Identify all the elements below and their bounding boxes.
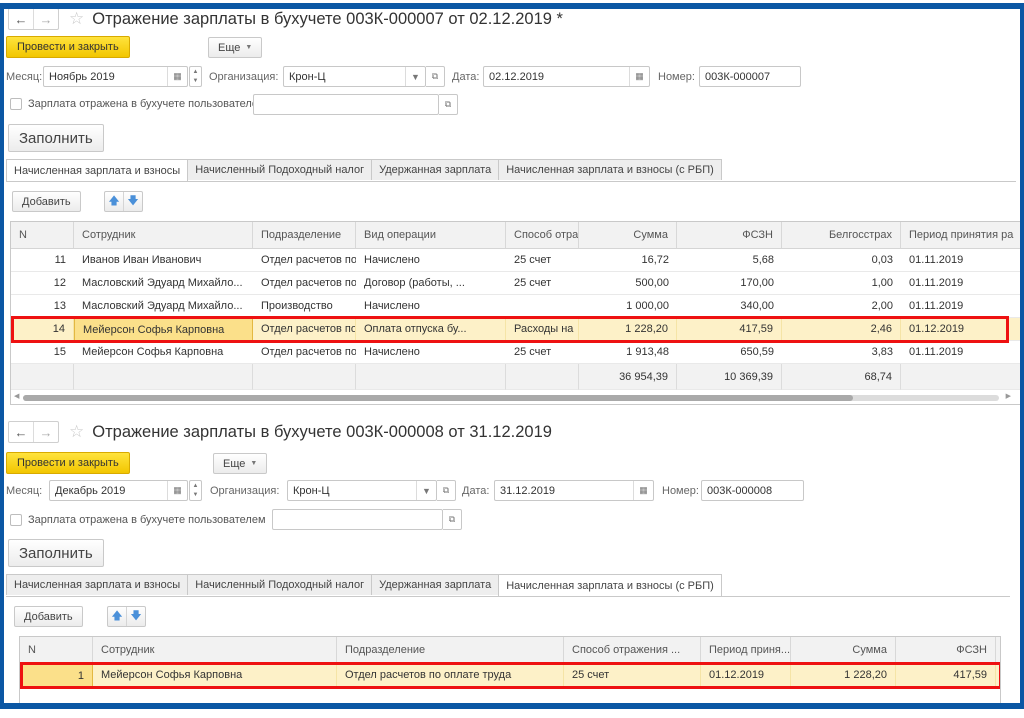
- month-value: Декабрь 2019: [50, 485, 167, 497]
- table-header: NСотрудникПодразделениеСпособ отражения …: [20, 637, 1001, 664]
- title-bar: ← → ☆ Отражение зарплаты в бухучете 003К…: [8, 6, 563, 32]
- month-value: Ноябрь 2019: [44, 71, 167, 83]
- month-label: Месяц:: [6, 485, 42, 497]
- chevron-down-icon: ▼: [250, 460, 257, 467]
- column-header[interactable]: Белгосстрах: [782, 222, 901, 249]
- table-cell: 12: [11, 272, 74, 295]
- down-icon[interactable]: ▼: [193, 492, 199, 498]
- table-cell: 340,00: [677, 295, 782, 318]
- tab-1[interactable]: Начисленная зарплата и взносы: [6, 574, 188, 595]
- table-cell: [253, 364, 356, 390]
- table-cell: [356, 364, 506, 390]
- date-value: 31.12.2019: [495, 485, 633, 497]
- month-spinner[interactable]: ▲▼: [189, 66, 202, 87]
- table-cell: Оплата отпуска бу...: [356, 318, 506, 341]
- favorite-star-icon[interactable]: ☆: [69, 9, 84, 29]
- table-cell: 16,72: [579, 249, 677, 272]
- table-cell: 2,46: [782, 318, 901, 341]
- table-cell: Начислено: [356, 341, 506, 364]
- document-window-1: ← → ☆ Отражение зарплаты в бухучете 003К…: [0, 0, 1024, 410]
- date-label: Дата:: [462, 485, 489, 497]
- scroll-thumb[interactable]: [23, 395, 853, 401]
- table-cell: 14: [11, 318, 74, 341]
- move-buttons: 🡅 🡇: [104, 191, 143, 212]
- table-cell: 500,00: [579, 272, 677, 295]
- table-cell: 25 счет: [506, 341, 579, 364]
- table-cell: 1 913,48: [579, 341, 677, 364]
- table-cell: Начислено: [356, 249, 506, 272]
- date-field[interactable]: 02.12.2019 ▦: [483, 66, 650, 87]
- table-row[interactable]: 11Иванов Иван ИвановичОтдел расчетов по …: [11, 249, 1024, 272]
- dropdown-icon[interactable]: ▼: [405, 67, 425, 86]
- tab-4[interactable]: Начисленная зарплата и взносы (с РБП): [498, 574, 722, 596]
- page-title: Отражение зарплаты в бухучете 003К-00000…: [92, 423, 552, 442]
- table-cell: 13: [11, 295, 74, 318]
- move-down-icon[interactable]: 🡇: [123, 192, 142, 211]
- column-header[interactable]: N: [11, 222, 74, 249]
- number-value: 003К-000007: [700, 71, 800, 83]
- column-header[interactable]: Сотрудник: [74, 222, 253, 249]
- table-row[interactable]: 1Мейерсон Софья КарповнаОтдел расчетов п…: [20, 664, 1001, 687]
- table-cell: 25 счет: [506, 272, 579, 295]
- favorite-star-icon[interactable]: ☆: [69, 422, 84, 442]
- table-cell: Иванов Иван Иванович: [74, 249, 253, 272]
- table-cell: Производство: [253, 295, 356, 318]
- table-cell: [901, 364, 1024, 390]
- column-header[interactable]: Способ отра:: [506, 222, 579, 249]
- nav-buttons: ← →: [8, 421, 59, 443]
- reflected-by-user-checkbox[interactable]: [10, 514, 22, 526]
- table-row[interactable]: 12Масловский Эдуард Михайло...Отдел расч…: [11, 272, 1024, 295]
- forward-arrow-icon[interactable]: →: [33, 9, 58, 29]
- open-user-icon[interactable]: ⧉: [443, 509, 462, 530]
- table-cell: [996, 664, 1001, 687]
- column-header[interactable]: [996, 637, 1001, 664]
- month-field[interactable]: Декабрь 2019 ▦: [49, 480, 188, 501]
- table-cell: Договор (работы, ...: [356, 272, 506, 295]
- table-cell: 01.12.2019: [701, 664, 791, 687]
- open-user-icon[interactable]: ⧉: [439, 94, 458, 115]
- table-cell: Начислено: [356, 295, 506, 318]
- open-organization-icon[interactable]: ⧉: [437, 480, 456, 501]
- table-cell: 11: [11, 249, 74, 272]
- down-icon[interactable]: ▼: [193, 78, 199, 84]
- post-and-close-button[interactable]: Провести и закрыть: [6, 36, 130, 58]
- table-cell: [74, 364, 253, 390]
- scroll-left-icon[interactable]: ◀: [14, 392, 19, 400]
- table-cell: 5,68: [677, 249, 782, 272]
- horizontal-scrollbar[interactable]: ◀▶: [11, 392, 1013, 402]
- table-cell: 1 000,00: [579, 295, 677, 318]
- document-window-2: ← → ☆ Отражение зарплаты в бухучете 003К…: [0, 410, 1024, 710]
- totals-row[interactable]: 36 954,3910 369,3968,74: [11, 364, 1024, 390]
- tab-4[interactable]: Начисленная зарплата и взносы (с РБП): [498, 159, 722, 180]
- tab-1[interactable]: Начисленная зарплата и взносы: [6, 159, 188, 181]
- table-cell: 1 228,20: [579, 318, 677, 341]
- table-cell: 01.11.2019: [901, 341, 1024, 364]
- table-cell: 01.11.2019: [901, 295, 1024, 318]
- table-cell: [11, 364, 74, 390]
- table-cell: 01.12.2019: [901, 318, 1024, 341]
- table-cell: 170,00: [677, 272, 782, 295]
- organization-value: Крон-Ц: [284, 71, 405, 83]
- more-label: Еще: [223, 458, 245, 470]
- dropdown-icon[interactable]: ▼: [416, 481, 436, 500]
- table-cell: 1,00: [782, 272, 901, 295]
- table-cell: 10 369,39: [677, 364, 782, 390]
- column-header[interactable]: N: [20, 637, 93, 664]
- column-header[interactable]: Период приня...: [701, 637, 791, 664]
- move-up-icon[interactable]: 🡅: [108, 607, 126, 626]
- reflected-by-user-label: Зарплата отражена в бухучете пользовател…: [28, 514, 266, 526]
- column-header[interactable]: Сотрудник: [93, 637, 337, 664]
- date-label: Дата:: [452, 71, 479, 83]
- tab-2[interactable]: Начисленный Подоходный налог: [187, 574, 372, 595]
- fill-button[interactable]: Заполнить: [8, 124, 104, 152]
- column-header[interactable]: Период принятия ра: [901, 222, 1024, 249]
- column-header[interactable]: Вид операции: [356, 222, 506, 249]
- user-field[interactable]: [253, 94, 439, 115]
- number-label: Номер:: [658, 71, 695, 83]
- fill-button[interactable]: Заполнить: [8, 539, 104, 567]
- table-cell: 417,59: [896, 664, 996, 687]
- scroll-right-icon[interactable]: ▶: [1006, 392, 1011, 400]
- table-cell: Масловский Эдуард Михайло...: [74, 272, 253, 295]
- column-header[interactable]: Способ отражения ...: [564, 637, 701, 664]
- table-cell: 15: [11, 341, 74, 364]
- table-cell: 01.11.2019: [901, 272, 1024, 295]
- tab-bar: Начисленная зарплата и взносыНачисленный…: [6, 574, 1010, 597]
- more-button[interactable]: Еще▼: [208, 37, 262, 58]
- back-arrow-icon[interactable]: ←: [9, 9, 33, 29]
- tab-2[interactable]: Начисленный Подоходный налог: [187, 159, 372, 180]
- move-up-icon[interactable]: 🡅: [105, 192, 123, 211]
- month-label: Месяц:: [6, 71, 42, 83]
- table-cell: Масловский Эдуард Михайло...: [74, 295, 253, 318]
- tab-3[interactable]: Удержанная зарплата: [371, 159, 499, 180]
- column-header[interactable]: Сумма: [791, 637, 896, 664]
- post-and-close-button[interactable]: Провести и закрыть: [6, 452, 130, 474]
- table-row[interactable]: 15Мейерсон Софья КарповнаОтдел расчетов …: [11, 341, 1024, 364]
- add-button[interactable]: Добавить: [14, 606, 83, 627]
- table-cell: Отдел расчетов по оплате труда: [337, 664, 564, 687]
- table-cell: Мейерсон Софья Карповна: [93, 664, 337, 687]
- organization-label: Организация:: [209, 71, 278, 83]
- move-down-icon[interactable]: 🡇: [126, 607, 145, 626]
- reflected-by-user-checkbox[interactable]: [10, 98, 22, 110]
- organization-field[interactable]: Крон-Ц ▼: [287, 480, 437, 501]
- table-cell: 2,00: [782, 295, 901, 318]
- column-header[interactable]: Подразделение: [337, 637, 564, 664]
- table-header: NСотрудникПодразделениеВид операцииСпосо…: [11, 222, 1024, 249]
- accruals-table: NСотрудникПодразделениеВид операцииСпосо…: [10, 221, 1024, 405]
- up-icon[interactable]: ▲: [193, 483, 199, 489]
- organization-value: Крон-Ц: [288, 485, 416, 497]
- table-cell: Расходы на: [506, 318, 579, 341]
- column-header[interactable]: ФСЗН: [677, 222, 782, 249]
- calendar-icon[interactable]: ▦: [167, 481, 187, 500]
- table-cell: 1 228,20: [791, 664, 896, 687]
- table-cell: 1: [20, 664, 93, 687]
- column-header[interactable]: ФСЗН: [896, 637, 996, 664]
- open-organization-icon[interactable]: ⧉: [426, 66, 445, 87]
- table-cell: 68,74: [782, 364, 901, 390]
- number-label: Номер:: [662, 485, 699, 497]
- up-icon[interactable]: ▲: [193, 69, 199, 75]
- table-cell: Отдел расчетов по о...: [253, 341, 356, 364]
- calendar-icon[interactable]: ▦: [633, 481, 653, 500]
- table-cell: Отдел расчетов по о...: [253, 318, 356, 341]
- number-field[interactable]: 003К-000008: [701, 480, 804, 501]
- scroll-track[interactable]: [23, 395, 999, 401]
- table-cell: 01.11.2019: [901, 249, 1024, 272]
- table-cell: 0,03: [782, 249, 901, 272]
- chevron-down-icon: ▼: [245, 44, 252, 51]
- title-bar: ← → ☆ Отражение зарплаты в бухучете 003К…: [8, 419, 552, 445]
- column-header[interactable]: Подразделение: [253, 222, 356, 249]
- table-cell: 3,83: [782, 341, 901, 364]
- table-cell: Мейерсон Софья Карповна: [74, 318, 253, 341]
- date-field[interactable]: 31.12.2019 ▦: [494, 480, 654, 501]
- calendar-icon[interactable]: ▦: [629, 67, 649, 86]
- table-cell: 417,59: [677, 318, 782, 341]
- table-cell: [506, 364, 579, 390]
- nav-buttons: ← →: [8, 8, 59, 30]
- number-value: 003К-000008: [702, 485, 803, 497]
- date-value: 02.12.2019: [484, 71, 629, 83]
- month-field[interactable]: Ноябрь 2019 ▦: [43, 66, 188, 87]
- organization-label: Организация:: [210, 485, 279, 497]
- move-buttons: 🡅 🡇: [107, 606, 146, 627]
- tab-3[interactable]: Удержанная зарплата: [371, 574, 499, 595]
- number-field[interactable]: 003К-000007: [699, 66, 801, 87]
- table-cell: Отдел расчетов по о...: [253, 249, 356, 272]
- reflected-by-user-label: Зарплата отражена в бухучете пользовател…: [28, 98, 266, 110]
- table-cell: 25 счет: [506, 249, 579, 272]
- month-spinner[interactable]: ▲▼: [189, 480, 202, 501]
- organization-field[interactable]: Крон-Ц ▼: [283, 66, 426, 87]
- table-row[interactable]: 13Масловский Эдуард Михайло...Производст…: [11, 295, 1024, 318]
- more-button[interactable]: Еще▼: [213, 453, 267, 474]
- table-cell: Отдел расчетов по о...: [253, 272, 356, 295]
- page-title: Отражение зарплаты в бухучете 003К-00000…: [92, 10, 563, 29]
- forward-arrow-icon[interactable]: →: [33, 422, 58, 442]
- more-label: Еще: [218, 42, 240, 54]
- table-cell: Мейерсон Софья Карповна: [74, 341, 253, 364]
- table-cell: 25 счет: [564, 664, 701, 687]
- table-row[interactable]: 14Мейерсон Софья КарповнаОтдел расчетов …: [11, 318, 1024, 341]
- add-button[interactable]: Добавить: [12, 191, 81, 212]
- user-field[interactable]: [272, 509, 443, 530]
- column-header[interactable]: Сумма: [579, 222, 677, 249]
- rbp-accruals-table: NСотрудникПодразделениеСпособ отражения …: [19, 636, 1001, 706]
- calendar-icon[interactable]: ▦: [167, 67, 187, 86]
- table-cell: 36 954,39: [579, 364, 677, 390]
- table-cell: [506, 295, 579, 318]
- table-cell: 650,59: [677, 341, 782, 364]
- tab-bar: Начисленная зарплата и взносыНачисленный…: [6, 159, 1016, 182]
- back-arrow-icon[interactable]: ←: [9, 422, 33, 442]
